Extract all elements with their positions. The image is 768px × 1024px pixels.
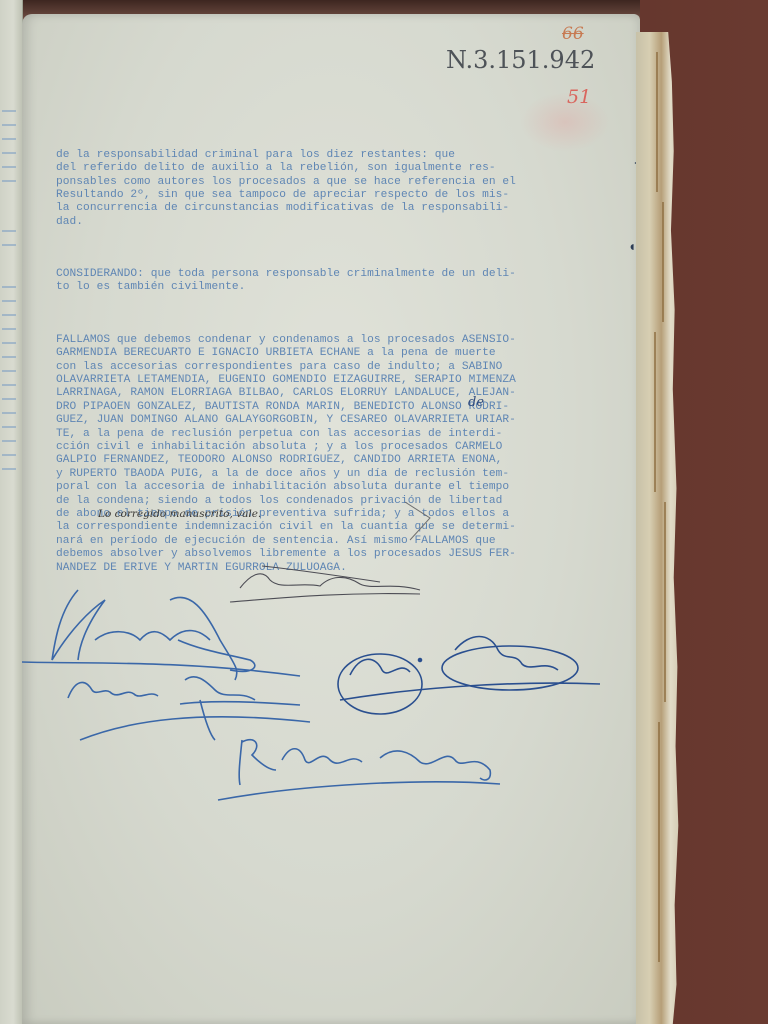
text-line: y RUPERTO TBAODA PUIG, a la de doce años… xyxy=(56,468,636,481)
text-line: con las accesorias correspondientes para… xyxy=(56,361,636,374)
paragraph-fallamos: FALLAMOS que debemos condenar y condenam… xyxy=(56,334,636,575)
text-line: ponsables como autores los procesados a … xyxy=(56,176,636,189)
document-stamp-number: N.3.151.942 xyxy=(446,46,595,74)
text-line: OLAVARRIETA LETAMENDIA, EUGENIO GOMENDIO… xyxy=(56,374,636,387)
folio-mark-crossed: 66 xyxy=(562,24,584,44)
text-line: TE, a la pena de reclusión perpetua con … xyxy=(56,428,636,441)
text-line: cción civil e inhabilitación absoluta ; … xyxy=(56,441,636,454)
text-line: NANDEZ DE ERIVE Y MARTIN EGURROLA ZULUOA… xyxy=(56,562,636,575)
paragraph-considerando: CONSIDERANDO: que toda persona responsab… xyxy=(56,268,636,295)
margin-tick: ˈ xyxy=(632,162,639,174)
text-line: la concurrencia de circunstancias modifi… xyxy=(56,202,636,215)
handwritten-correction-note: Lo corregido manuscrito, vale. xyxy=(98,508,261,520)
paragraph-resultando: de la responsabilidad criminal para los … xyxy=(56,149,636,229)
text-line: nará en período de ejecución de sentenci… xyxy=(56,535,636,548)
typewritten-body: de la responsabilidad criminal para los … xyxy=(56,122,636,614)
photo-scene: N.3.151.942 66 51 de la responsabilidad … xyxy=(0,0,768,1024)
text-line: GUEZ, JUAN DOMINGO ALANO GALAYGORGOBIN, … xyxy=(56,414,636,427)
text-line: DRO PIPAOEN GONZALEZ, BAUTISTA RONDA MAR… xyxy=(56,401,636,414)
text-line: de la condena; siendo a todos los conden… xyxy=(56,495,636,508)
text-line: GARMENDIA BERECUARTO E IGNACIO URBIETA E… xyxy=(56,347,636,360)
text-line: FALLAMOS que debemos condenar y condenam… xyxy=(56,334,636,347)
text-line: GALPIO FERNANDEZ, TEODORO ALONSO RODRIGU… xyxy=(56,454,636,467)
text-line: poral con la accesoria de inhabilitación… xyxy=(56,481,636,494)
text-line: la correspondiente indemnización civil e… xyxy=(56,521,636,534)
text-line: to lo es también civilmente. xyxy=(56,281,636,294)
margin-tick: ◖ xyxy=(628,240,636,256)
text-line: de la responsabilidad criminal para los … xyxy=(56,149,636,162)
text-line: Resultando 2º, sin que sea tampoco de ap… xyxy=(56,189,636,202)
text-line: dad. xyxy=(56,216,636,229)
text-line: LARRINAGA, RAMON ELORRIAGA BILBAO, CARLO… xyxy=(56,387,636,400)
torn-page-edges xyxy=(636,32,682,1024)
folio-mark-current: 51 xyxy=(567,86,591,108)
text-line: CONSIDERANDO: que toda persona responsab… xyxy=(56,268,636,281)
text-line: del referido delito de auxilio a la rebe… xyxy=(56,162,636,175)
interlinear-insert-de: de xyxy=(468,395,484,410)
text-line: debemos absolver y absolvemos libremente… xyxy=(56,548,636,561)
previous-page-edge xyxy=(0,0,23,1024)
